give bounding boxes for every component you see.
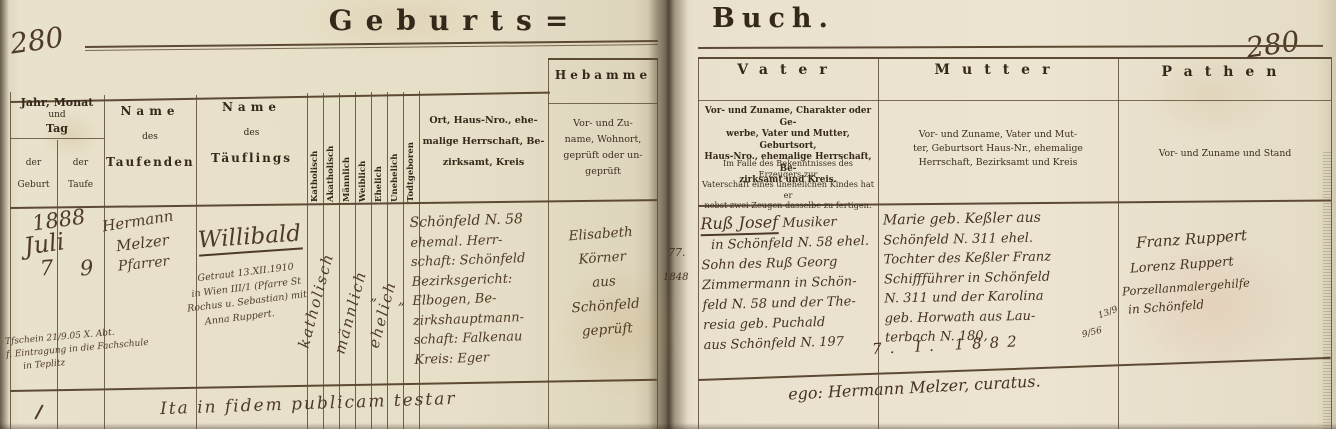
grid-line <box>698 57 699 429</box>
header-line: ter, Geburtsort Haus-Nr., ehemalige <box>888 142 1108 156</box>
grid-line <box>196 95 197 429</box>
header-line: geprüft oder un- <box>551 148 655 164</box>
header-line: zirksamt, Kreis <box>421 152 546 173</box>
col-header-child: Name des Täuflings <box>198 100 305 165</box>
father-name: Ruß Josef <box>700 212 778 236</box>
header-line: Taufe <box>59 174 102 196</box>
grid-line <box>1118 57 1119 429</box>
header-line: Jahr, Monat <box>12 96 102 109</box>
col-header-year: Jahr, Monat und Tag <box>12 96 102 135</box>
grid-line <box>698 57 1331 59</box>
col-header-baptizer: Name des Taufenden <box>106 104 194 169</box>
header-line: Vaterschaft eines unehelichen Kindes hat… <box>702 179 874 200</box>
book-title-left: Geburts= <box>250 4 660 37</box>
header-line: des <box>106 132 194 142</box>
col-header-midwife-desc: Vor- und Zu- name, Wohnort, geprüft oder… <box>551 116 655 180</box>
col-header-unehelich: Unehelich <box>388 112 403 202</box>
book-title-right: Buch. <box>712 3 835 34</box>
header-line: malige Herrschaft, Be- <box>421 131 546 152</box>
grid-line <box>104 95 105 429</box>
father-occupation: Musiker <box>782 215 837 231</box>
header-line: Name <box>106 104 194 118</box>
grid-line <box>10 92 11 429</box>
grid-line <box>698 100 1331 101</box>
birth-register-scan: Geburts= Buch. 280 280 Jahr, Monat und T… <box>0 0 1336 429</box>
col-header-baptism-day: der Taufe <box>59 152 102 196</box>
entry-line: Kreis: Eger <box>414 346 529 369</box>
col-header-maennlich: Männlich <box>340 112 355 202</box>
col-header-mother-title: Mutter <box>878 62 1118 78</box>
entry-father: Ruß Josef Musiker in Schönfeld N. 58 ehe… <box>700 210 872 356</box>
entry-tally-ditto: „ <box>398 292 405 308</box>
header-line: Herrschaft, Bezirksamt und Kreis <box>888 156 1108 170</box>
entry-line: Schönfeld N. 58 <box>409 210 524 233</box>
entry-place: Schönfeld N. 58 ehemal. Herr- schaft: Sc… <box>409 210 529 370</box>
header-line: Tag <box>12 122 102 135</box>
header-line: Vor- und Zu- <box>551 116 655 132</box>
col-header-weiblich: Weiblich <box>356 112 371 202</box>
grid-line <box>657 58 658 429</box>
header-line: der <box>59 152 102 174</box>
col-header-akatholisch: Akatholisch <box>324 112 339 202</box>
book-gutter <box>648 0 688 429</box>
header-line: Ort, Haus-Nro., ehe- <box>421 110 546 131</box>
header-line: nebst zwei Zeugen dasselbe zu fertigen. <box>702 200 874 211</box>
entry-midwife: Elisabeth Körner aus Schönfeld geprüft <box>548 219 660 346</box>
entry-line: geb. Horwath aus Lau- <box>885 306 1053 328</box>
entry-tally-ditto: „ <box>370 288 377 304</box>
entry-baptism-day: 9 <box>79 256 94 281</box>
col-header-godparents-title: Pathen <box>1118 64 1332 80</box>
header-line: Name <box>198 100 305 114</box>
entry-birth-day: 7 <box>39 256 54 281</box>
header-line: name, Wohnort, <box>551 132 655 148</box>
header-line: der <box>12 152 55 174</box>
col-header-todtgeboren: Todtgeboren <box>404 112 419 202</box>
entry-mother: Marie geb. Keßler aus Schönfeld N. 311 e… <box>883 209 1053 348</box>
col-header-birth-day: der Geburt <box>12 152 55 196</box>
header-line: werbe, Vater und Mutter, Geburtsort, <box>702 129 874 152</box>
entry-line: schaft: Falkenau <box>413 327 528 350</box>
header-line: geprüft <box>551 164 655 180</box>
header-line: und <box>12 109 102 122</box>
header-line: Vor- und Zuname, Charakter oder Ge- <box>702 106 874 129</box>
entry-line: Tochter des Keßler Franz <box>884 248 1052 270</box>
grid-line <box>57 140 58 429</box>
col-header-godparents-desc: Vor- und Zuname und Stand <box>1128 148 1322 159</box>
col-header-father-title: Vater <box>698 62 878 78</box>
col-header-ehelich: Ehelich <box>372 112 387 202</box>
col-header-midwife-title: Hebamme <box>548 68 658 82</box>
header-line: Im Falle des Bekenntnisses des Erzeugers… <box>702 158 874 179</box>
entry-line: N. 311 und der Karolina <box>884 287 1052 309</box>
grid-line <box>1331 57 1332 429</box>
father-margin-note: 1848 <box>663 272 688 283</box>
page-edge-shadow-bottom <box>0 423 1336 429</box>
grid-line <box>10 138 104 139</box>
col-header-father-note: Im Falle des Bekenntnisses des Erzeugers… <box>702 158 874 211</box>
col-header-katholisch: Katholisch <box>308 112 323 202</box>
header-line: des <box>198 128 305 138</box>
col-header-mother-desc: Vor- und Zuname, Vater und Mut- ter, Geb… <box>888 128 1108 170</box>
header-line: Taufenden <box>106 155 194 169</box>
entry-line: Bezirksgericht: <box>411 269 526 292</box>
grid-line <box>548 103 658 104</box>
header-line: Täuflings <box>198 151 305 165</box>
father-margin-note: 77. <box>668 246 686 259</box>
entry-line: Marie geb. Keßler aus <box>883 209 1051 231</box>
header-line: Geburt <box>12 174 55 196</box>
header-line: Vor- und Zuname, Vater und Mut- <box>888 128 1108 142</box>
grid-line <box>878 57 879 429</box>
grid-line <box>548 58 658 60</box>
col-header-place: Ort, Haus-Nro., ehe- malige Herrschaft, … <box>421 110 546 173</box>
